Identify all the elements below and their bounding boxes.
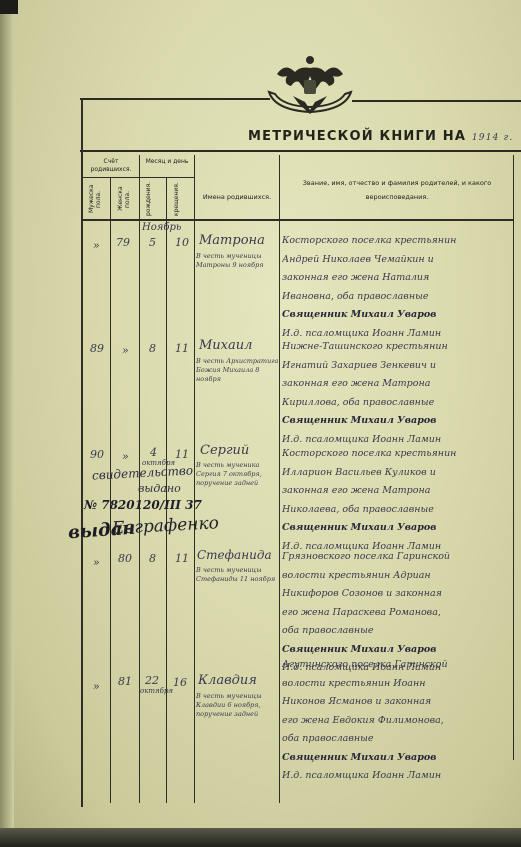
entry-2-female: » bbox=[122, 344, 129, 357]
entry-4-baptism: 11 bbox=[175, 552, 189, 565]
stamp-number: № 78201 bbox=[84, 498, 143, 512]
title-rule bbox=[80, 150, 521, 152]
parents-line: Андрей Николаев Чемайкин и bbox=[282, 251, 521, 270]
parents-line: Илларион Васильев Куликов и bbox=[282, 464, 521, 483]
table-left-border bbox=[81, 98, 83, 807]
header-bottom-rule bbox=[82, 219, 513, 221]
priest-signature: Священник Михаил Уваров bbox=[282, 412, 521, 431]
entry-5-name: Клавдия bbox=[198, 673, 257, 688]
col-divider-4 bbox=[194, 155, 195, 803]
priest-signature: Священник Михаил Уваров bbox=[282, 306, 521, 325]
parents-line: Агутинского поселка Гаринской bbox=[282, 656, 521, 675]
parents-line: Никифоров Созонов и законная bbox=[282, 585, 521, 604]
entry-4-name-note: В честь мученицы Стефаниды 11 ноября bbox=[196, 566, 282, 584]
entry-4-female: 80 bbox=[118, 552, 132, 565]
entry-3-name: Сергий bbox=[200, 443, 249, 458]
entry-5-female: 81 bbox=[118, 675, 132, 688]
entry-1-name: Матрона bbox=[199, 233, 265, 248]
header-subrule bbox=[82, 177, 194, 178]
entry-3-birth: 4 bbox=[150, 446, 157, 459]
title-year: 1914 г. bbox=[472, 133, 514, 143]
entry-1-female: 79 bbox=[116, 236, 130, 249]
entry-2-birth: 8 bbox=[149, 342, 156, 355]
parents-line: Кириллова, оба православные bbox=[282, 394, 521, 413]
psalmist-signature: И.д. псаломщика Иоанн Ламин bbox=[282, 767, 521, 786]
header-date-group: Месяц и день bbox=[141, 158, 193, 166]
parents-line: его жена Евдокия Филимонова, bbox=[282, 712, 521, 731]
header-count-group: Счёт родившихся. bbox=[84, 158, 138, 174]
entry-1-month: Ноябрь bbox=[142, 222, 181, 233]
header-count-male: Мужеска пола. bbox=[88, 182, 102, 216]
parents-line: волости крестьянин Иоанн bbox=[282, 675, 521, 694]
entry-3-male: 90 bbox=[90, 448, 104, 461]
entry-1-name-note: В честь мученицы Матроны 9 ноября bbox=[196, 252, 282, 270]
entry-4-name: Стефанида bbox=[197, 548, 272, 562]
header-parents: Звание, имя, отчество и фамилия родителе… bbox=[284, 176, 510, 204]
binding-shadow bbox=[0, 0, 18, 14]
parents-line: Никонов Ясманов и законная bbox=[282, 693, 521, 712]
entry-5-baptism: 16 bbox=[173, 676, 187, 689]
stamp-date: 20/III 37 bbox=[143, 498, 202, 512]
top-rule-right bbox=[352, 100, 521, 102]
entry-3-parents: Косторского поселка крестьянин Илларион … bbox=[282, 445, 521, 556]
parents-line: законная его жена Матрона bbox=[282, 375, 521, 394]
parents-line: Грязновского поселка Гаринской bbox=[282, 548, 521, 567]
entry-2-male: 89 bbox=[90, 342, 104, 355]
parents-line: Нижне-Ташинского крестьянин bbox=[282, 338, 521, 357]
entry-2-name-note: В честь Архистратига Божия Михаила 8 ноя… bbox=[196, 357, 282, 384]
entry-1-birth: 5 bbox=[149, 236, 156, 249]
parents-line: Косторского поселка крестьянин bbox=[282, 232, 521, 251]
parents-line: законная его жена Матрона bbox=[282, 482, 521, 501]
stamp-issued-text: выдано bbox=[138, 482, 181, 495]
entry-2-name: Михаил bbox=[199, 338, 252, 353]
bottom-shadow bbox=[0, 828, 521, 847]
parents-line: Ивановна, оба православные bbox=[282, 288, 521, 307]
header-count-female: Женска пола. bbox=[117, 182, 131, 216]
page-title: МЕТРИЧЕСКОЙ КНИГИ НА 1914 г. bbox=[248, 129, 513, 144]
header-date-birth: рождения. bbox=[145, 182, 152, 216]
page-edge bbox=[0, 0, 14, 847]
entry-5-birth: 22 bbox=[145, 674, 159, 687]
entry-3-baptism: 11 bbox=[175, 448, 189, 461]
parents-line: волости крестьянин Адриан bbox=[282, 567, 521, 586]
entry-4-male: » bbox=[93, 556, 100, 569]
parents-line: Николаева, оба православные bbox=[282, 501, 521, 520]
entry-4-birth: 8 bbox=[149, 552, 156, 565]
document-page: МЕТРИЧЕСКОЙ КНИГИ НА 1914 г. Счёт родивш… bbox=[0, 0, 521, 847]
entry-3-female: » bbox=[122, 450, 129, 463]
double-headed-eagle-emblem-icon bbox=[265, 52, 355, 120]
entry-5-male: » bbox=[93, 680, 100, 693]
parents-line: Игнатий Захариев Зенкевич и bbox=[282, 357, 521, 376]
parents-line: его жена Параскева Романова, bbox=[282, 604, 521, 623]
entry-5-month: октября bbox=[140, 687, 173, 695]
header-names: Имена родившихся. bbox=[196, 193, 278, 201]
parents-line: оба православные bbox=[282, 730, 521, 749]
header-date-baptism: крещения. bbox=[173, 182, 180, 216]
stamp-certificate-text: свидетельство bbox=[92, 463, 194, 482]
parents-line: Косторского поселка крестьянин bbox=[282, 445, 521, 464]
top-rule-left bbox=[80, 98, 270, 100]
title-text: МЕТРИЧЕСКОЙ КНИГИ НА bbox=[248, 129, 466, 144]
entry-1-male: » bbox=[93, 239, 100, 252]
entry-1-baptism: 10 bbox=[175, 236, 189, 249]
priest-signature: Священник Михаил Уваров bbox=[282, 749, 521, 768]
priest-signature: Священник Михаил Уваров bbox=[282, 519, 521, 538]
signature-name: Евграфенко bbox=[112, 513, 220, 539]
entry-2-parents: Нижне-Ташинского крестьянин Игнатий Заха… bbox=[282, 338, 521, 449]
entry-2-baptism: 11 bbox=[175, 342, 189, 355]
col-divider-1 bbox=[110, 178, 111, 803]
entry-5-name-note: В честь мученицы Клавдии 6 ноября, поруч… bbox=[196, 692, 282, 719]
entry-1-parents: Косторского поселка крестьянин Андрей Ни… bbox=[282, 232, 521, 343]
parents-line: оба православные bbox=[282, 622, 521, 641]
parents-line: законная его жена Наталия bbox=[282, 269, 521, 288]
entry-5-parents: Агутинского поселка Гаринской волости кр… bbox=[282, 656, 521, 786]
entry-3-name-note: В честь мученика Сергия 7 октября, поруч… bbox=[196, 461, 282, 488]
